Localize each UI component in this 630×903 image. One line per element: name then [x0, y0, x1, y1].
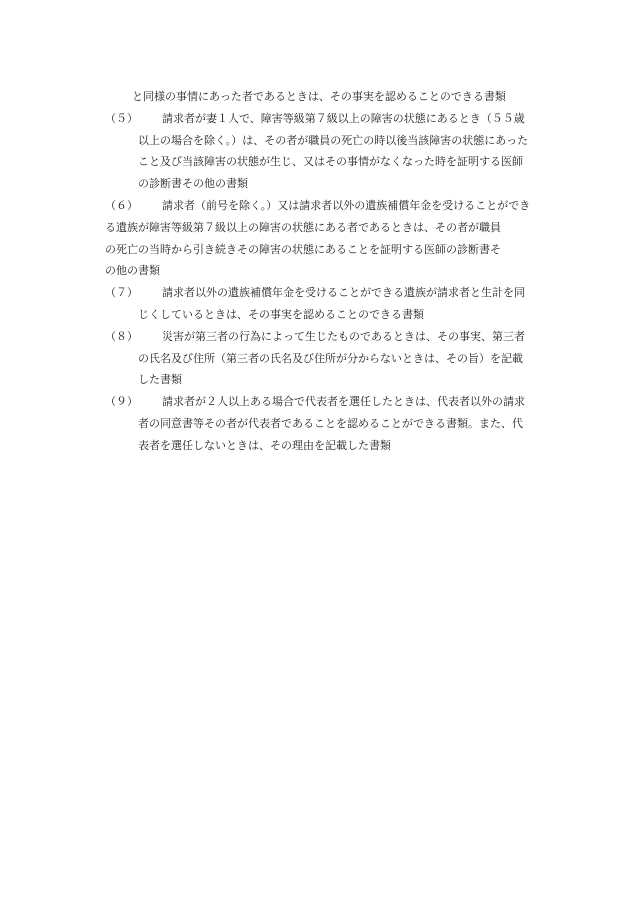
item-number: （６）	[105, 196, 162, 218]
document-line: 以上の場合を除く。）は、その者が職員の死亡の時以後当該障害の状態にあった	[0, 131, 630, 153]
line-text: 者の同意書等その者が代表者であることを認めることができる書類。また、代	[138, 418, 523, 430]
document-line: じくしているときは、その事実を認めることのできる書類	[0, 305, 630, 327]
document-line: （７）請求者以外の遺族補償年金を受けることができる遺族が請求者と生計を同	[0, 283, 630, 305]
line-text: る遺族が障害等級第７級以上の障害の状態にある者であるときは、その者が職員	[105, 222, 501, 234]
document-line: （６）請求者（前号を除く。）又は請求者以外の遺族補償年金を受けることができ	[0, 196, 630, 218]
document-line: （９）請求者が２人以上ある場合で代表者を選任したときは、代表者以外の請求	[0, 392, 630, 414]
line-text: の死亡の当時から引き続きその障害の状態にあることを証明する医師の診断書そ	[105, 244, 501, 256]
document-line: の死亡の当時から引き続きその障害の状態にあることを証明する医師の診断書そ	[0, 240, 630, 262]
document-line: （５）請求者が妻１人で、障害等級第７級以上の障害の状態にあるとき（５５歳	[0, 109, 630, 131]
item-number: （８）	[105, 327, 162, 349]
document-line: （８）災害が第三者の行為によって生じたものであるときは、その事実、第三者	[0, 327, 630, 349]
item-number: （５）	[105, 109, 162, 131]
document-line: の診断書その他の書類	[0, 174, 630, 196]
line-text: と同様の事情にあった者であるときは、その事実を認めることのできる書類	[132, 91, 506, 103]
document-body: と同様の事情にあった者であるときは、その事実を認めることのできる書類 （５）請求…	[0, 87, 630, 458]
line-text: 請求者が妻１人で、障害等級第７級以上の障害の状態にあるとき（５５歳	[162, 113, 525, 125]
line-text: 表者を選任しないときは、その理由を記載した書類	[138, 440, 391, 452]
document-page: と同様の事情にあった者であるときは、その事実を認めることのできる書類 （５）請求…	[0, 0, 630, 903]
line-text: 以上の場合を除く。）は、その者が職員の死亡の時以後当該障害の状態にあった	[138, 135, 528, 147]
line-text: 災害が第三者の行為によって生じたものであるときは、その事実、第三者	[162, 331, 525, 343]
document-line: 者の同意書等その者が代表者であることを認めることができる書類。また、代	[0, 414, 630, 436]
line-text: の他の書類	[105, 265, 160, 277]
line-text: した書類	[138, 374, 182, 386]
item-number: （９）	[105, 392, 162, 414]
document-line: と同様の事情にあった者であるときは、その事実を認めることのできる書類	[0, 87, 630, 109]
document-line: の他の書類	[0, 261, 630, 283]
document-line: る遺族が障害等級第７級以上の障害の状態にある者であるときは、その者が職員	[0, 218, 630, 240]
line-text: こと及び当該障害の状態が生じ、又はその事情がなくなった時を証明する医師	[138, 156, 523, 168]
document-line: した書類	[0, 370, 630, 392]
line-text: 請求者以外の遺族補償年金を受けることができる遺族が請求者と生計を同	[162, 287, 525, 299]
line-text: じくしているときは、その事実を認めることのできる書類	[138, 309, 424, 321]
line-text: の診断書その他の書類	[138, 178, 248, 190]
line-text: 請求者が２人以上ある場合で代表者を選任したときは、代表者以外の請求	[162, 396, 525, 408]
line-text: の氏名及び住所（第三者の氏名及び住所が分からないときは、その旨）を記載	[138, 353, 523, 365]
document-line: の氏名及び住所（第三者の氏名及び住所が分からないときは、その旨）を記載	[0, 349, 630, 371]
item-number: （７）	[105, 283, 162, 305]
document-line: こと及び当該障害の状態が生じ、又はその事情がなくなった時を証明する医師	[0, 152, 630, 174]
document-line: 表者を選任しないときは、その理由を記載した書類	[0, 436, 630, 458]
line-text: 請求者（前号を除く。）又は請求者以外の遺族補償年金を受けることができ	[162, 200, 530, 212]
